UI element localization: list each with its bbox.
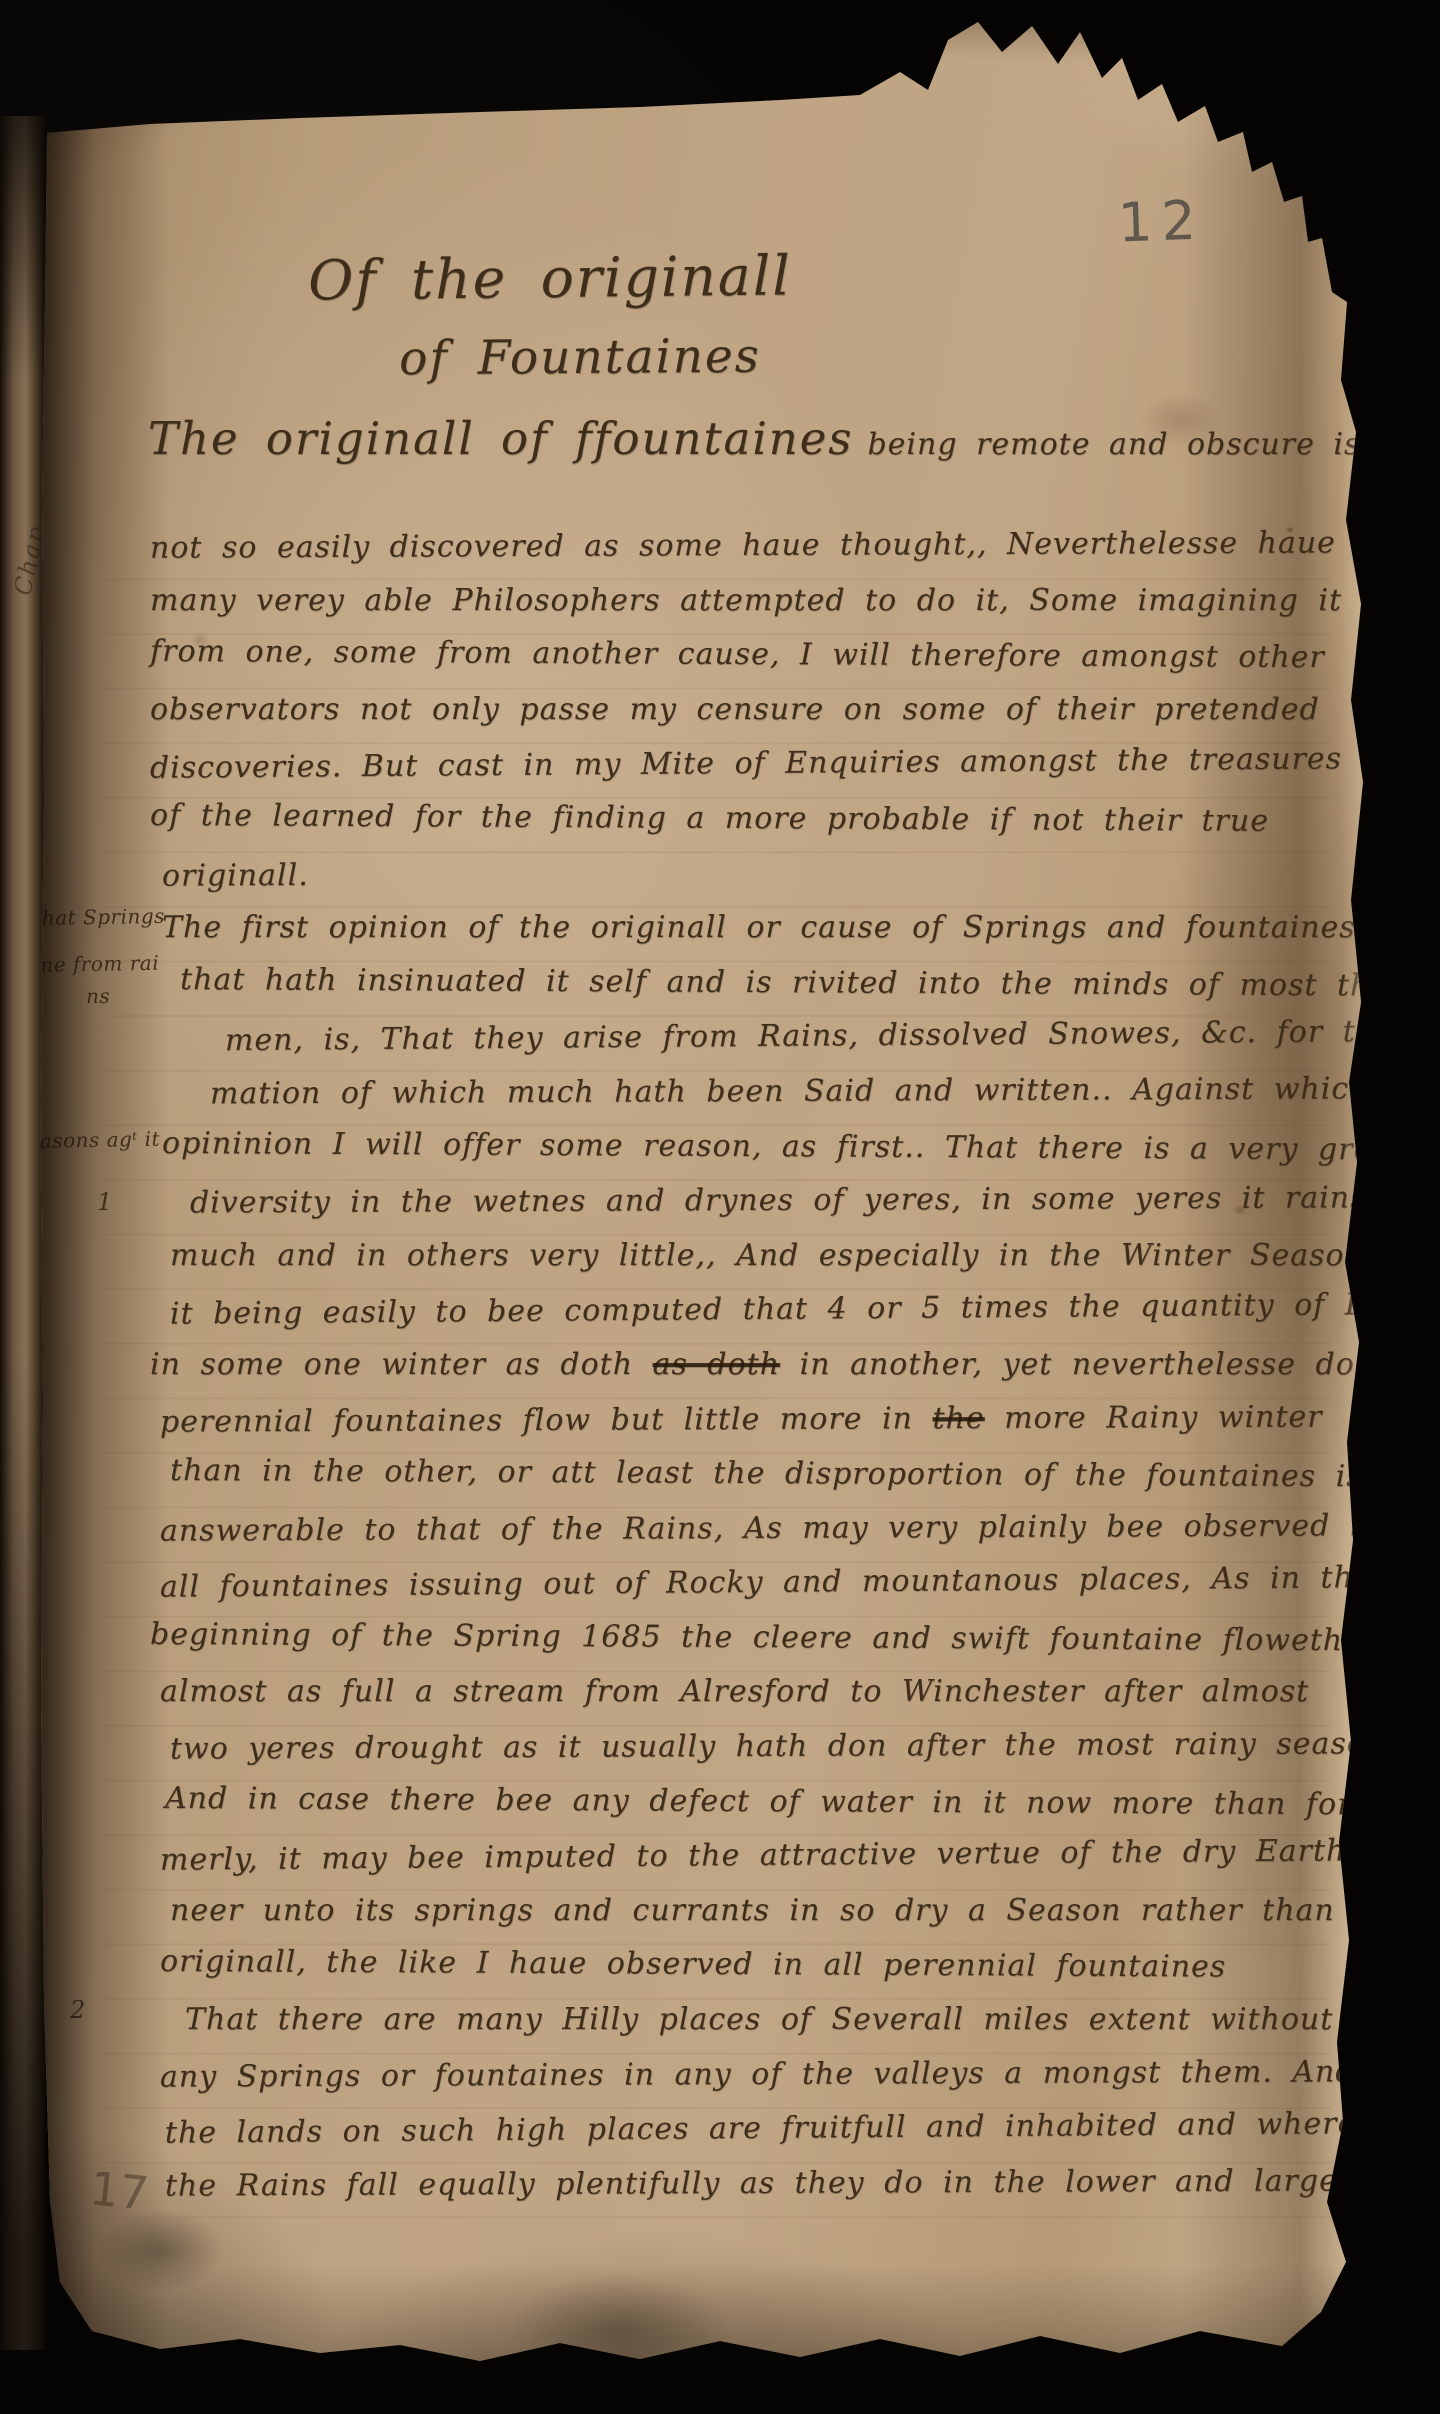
manuscript-text-segment: perennial fountaines flow but little mor…	[160, 1401, 933, 1439]
manuscript-line: neer unto its springs and currants in so…	[150, 1893, 1350, 1948]
manuscript-line: answerable to that of the Rains, As may …	[150, 1508, 1350, 1568]
margin-number-2: 2	[70, 1996, 85, 2024]
previous-page-edge: Chap	[0, 116, 46, 2350]
manuscript-text-segment: neer unto its springs and currants in so…	[170, 1893, 1440, 1928]
manuscript-text-segment: in another, yet neverthelesse doe	[780, 1347, 1393, 1382]
manuscript-text-segment: much and in others very little,, And esp…	[170, 1238, 1392, 1273]
manuscript-text-segment: men, is, That they arise from Rains, dis…	[225, 1013, 1440, 1058]
manuscript-line: beginning of the Spring 1685 the cleere …	[150, 1617, 1350, 1678]
manuscript-text-segment: as doth	[653, 1347, 780, 1382]
manuscript-text-segment: the	[1393, 1347, 1440, 1382]
manuscript-line: the Rains fall equally plentifully as th…	[150, 2163, 1350, 2223]
manuscript-line: diversity in the wetnes and drynes of ye…	[150, 1181, 1350, 1241]
manuscript-line: from one, some from another cause, I wil…	[150, 634, 1350, 695]
manuscript-line: all fountaines issuing out of Rocky and …	[150, 1561, 1350, 1625]
manuscript-text-segment: any Springs or fountaines in any of the …	[160, 2054, 1356, 2094]
manuscript-text-segment: in some one winter as doth	[150, 1347, 653, 1382]
margin-note-springs-1: That Springs	[28, 904, 165, 930]
manuscript-line: originall.	[150, 853, 1350, 913]
manuscript-line: discoveries. But cast in my Mite of Enqu…	[150, 742, 1350, 806]
manuscript-line: men, is, That they arise from Rains, dis…	[150, 1015, 1350, 1079]
photo-backdrop: Chap 12 Of the originall of Fountaines T…	[0, 0, 1440, 2414]
manuscript-text-segment: answerable to that of the Rains, As may …	[160, 1508, 1381, 1548]
page-number-pencil: 12	[1117, 189, 1206, 255]
manuscript-line: any Springs or fountaines in any of the …	[150, 2054, 1350, 2114]
manuscript-line: of the learned for the finding a more pr…	[150, 798, 1350, 859]
manuscript-line: the lands on such high places are fruitf…	[150, 2107, 1350, 2171]
manuscript-text-segment: the Rains fall equally plentifully as th…	[165, 2163, 1353, 2203]
opening-line-large-script: The originall of ffountaines	[148, 412, 853, 465]
manuscript-text-segment: the	[932, 1400, 984, 1435]
margin-note-springs-3: ns	[86, 984, 111, 1008]
manuscript-text-segment: merly, it may bee imputed to the attract…	[160, 1834, 1347, 1878]
manuscript-text-segment: of the learned for the finding a more pr…	[150, 798, 1269, 839]
manuscript-body: not so easily discovered as some haue th…	[150, 528, 1350, 2220]
bottom-corner-mark: 17	[87, 2161, 151, 2221]
manuscript-text-segment: opininion I will offer some reason, as f…	[162, 1125, 1404, 1167]
manuscript-line: That there are many Hilly places of Seve…	[150, 2002, 1350, 2057]
manuscript-line: that hath insinuated it self and is rivi…	[150, 962, 1350, 1023]
opening-line: The originall of ffountainesbeing remote…	[148, 412, 1348, 465]
manuscript-text-segment: originall, the like I haue observed in a…	[160, 1944, 1226, 1985]
manuscript-line: much and in others very little,, And esp…	[150, 1238, 1350, 1293]
manuscript-line: originall, the like I haue observed in a…	[150, 1944, 1350, 2005]
manuscript-text-segment: The first opinion of the originall or ca…	[162, 910, 1356, 945]
manuscript-line: The first opinion of the originall or ca…	[150, 910, 1350, 965]
manuscript-line: And in case there bee any defect of wate…	[150, 1781, 1350, 1842]
manuscript-text-segment: diversity in the wetnes and drynes of ye…	[190, 1180, 1440, 1221]
manuscript-line: in some one winter as doth as doth in an…	[150, 1347, 1350, 1402]
manuscript-text-segment: almost as full a stream from Alresford t…	[160, 1674, 1309, 1709]
manuscript-line: it being easily to bee computed that 4 o…	[150, 1288, 1350, 1352]
margin-number-1: 1	[97, 1188, 112, 1216]
manuscript-text-segment: not so easily discovered as some haue th…	[150, 525, 1336, 565]
manuscript-text-segment: more Rainy winter	[985, 1399, 1323, 1435]
manuscript-text-segment: observators not only passe my censure on…	[150, 692, 1320, 727]
chapter-title-line2: of Fountaines	[300, 328, 860, 387]
manuscript-text-segment: two yeres drought as it usually hath don…	[170, 1726, 1403, 1766]
manuscript-line: almost as full a stream from Alresford t…	[150, 1674, 1350, 1729]
manuscript-line: not so easily discovered as some haue th…	[150, 525, 1350, 585]
manuscript-text-segment: originall.	[162, 857, 309, 893]
manuscript-line: many verey able Philosophers attempted t…	[150, 583, 1350, 638]
manuscript-text-segment: than in the other, or att least the disp…	[170, 1453, 1435, 1495]
manuscript-text-segment: many verey able Philosophers attempted t…	[150, 583, 1440, 618]
manuscript-line: perennial fountaines flow but little mor…	[150, 1399, 1350, 1459]
manuscript-page: 12 Of the originall of Fountaines The or…	[0, 0, 1440, 2414]
manuscript-text-segment: That there are many Hilly places of Seve…	[185, 2002, 1333, 2037]
opening-line-continuation: being remote and obscure is	[867, 427, 1360, 462]
manuscript-text-segment: that hath insinuated it self and is rivi…	[180, 962, 1440, 1004]
manuscript-line: than in the other, or att least the disp…	[150, 1453, 1350, 1514]
manuscript-text-segment: And in case there bee any defect of wate…	[165, 1781, 1379, 1822]
manuscript-text-segment: it being easily to bee computed that 4 o…	[170, 1286, 1440, 1332]
manuscript-text-segment: discoveries. But cast in my Mite of Enqu…	[150, 742, 1342, 786]
manuscript-text-segment: beginning of the Spring 1685 the cleere …	[150, 1617, 1433, 1659]
manuscript-line: two yeres drought as it usually hath don…	[150, 1726, 1350, 1786]
chapter-title-line1: Of the originall	[230, 243, 871, 314]
manuscript-text-segment: mation of which much hath been Said and …	[210, 1071, 1370, 1111]
manuscript-line: opininion I will offer some reason, as f…	[150, 1125, 1350, 1186]
manuscript-line: mation of which much hath been Said and …	[150, 1071, 1350, 1131]
manuscript-line: merly, it may bee imputed to the attract…	[150, 1834, 1350, 1898]
manuscript-line: observators not only passe my censure on…	[150, 692, 1350, 747]
manuscript-text-segment: from one, some from another cause, I wil…	[150, 634, 1325, 675]
